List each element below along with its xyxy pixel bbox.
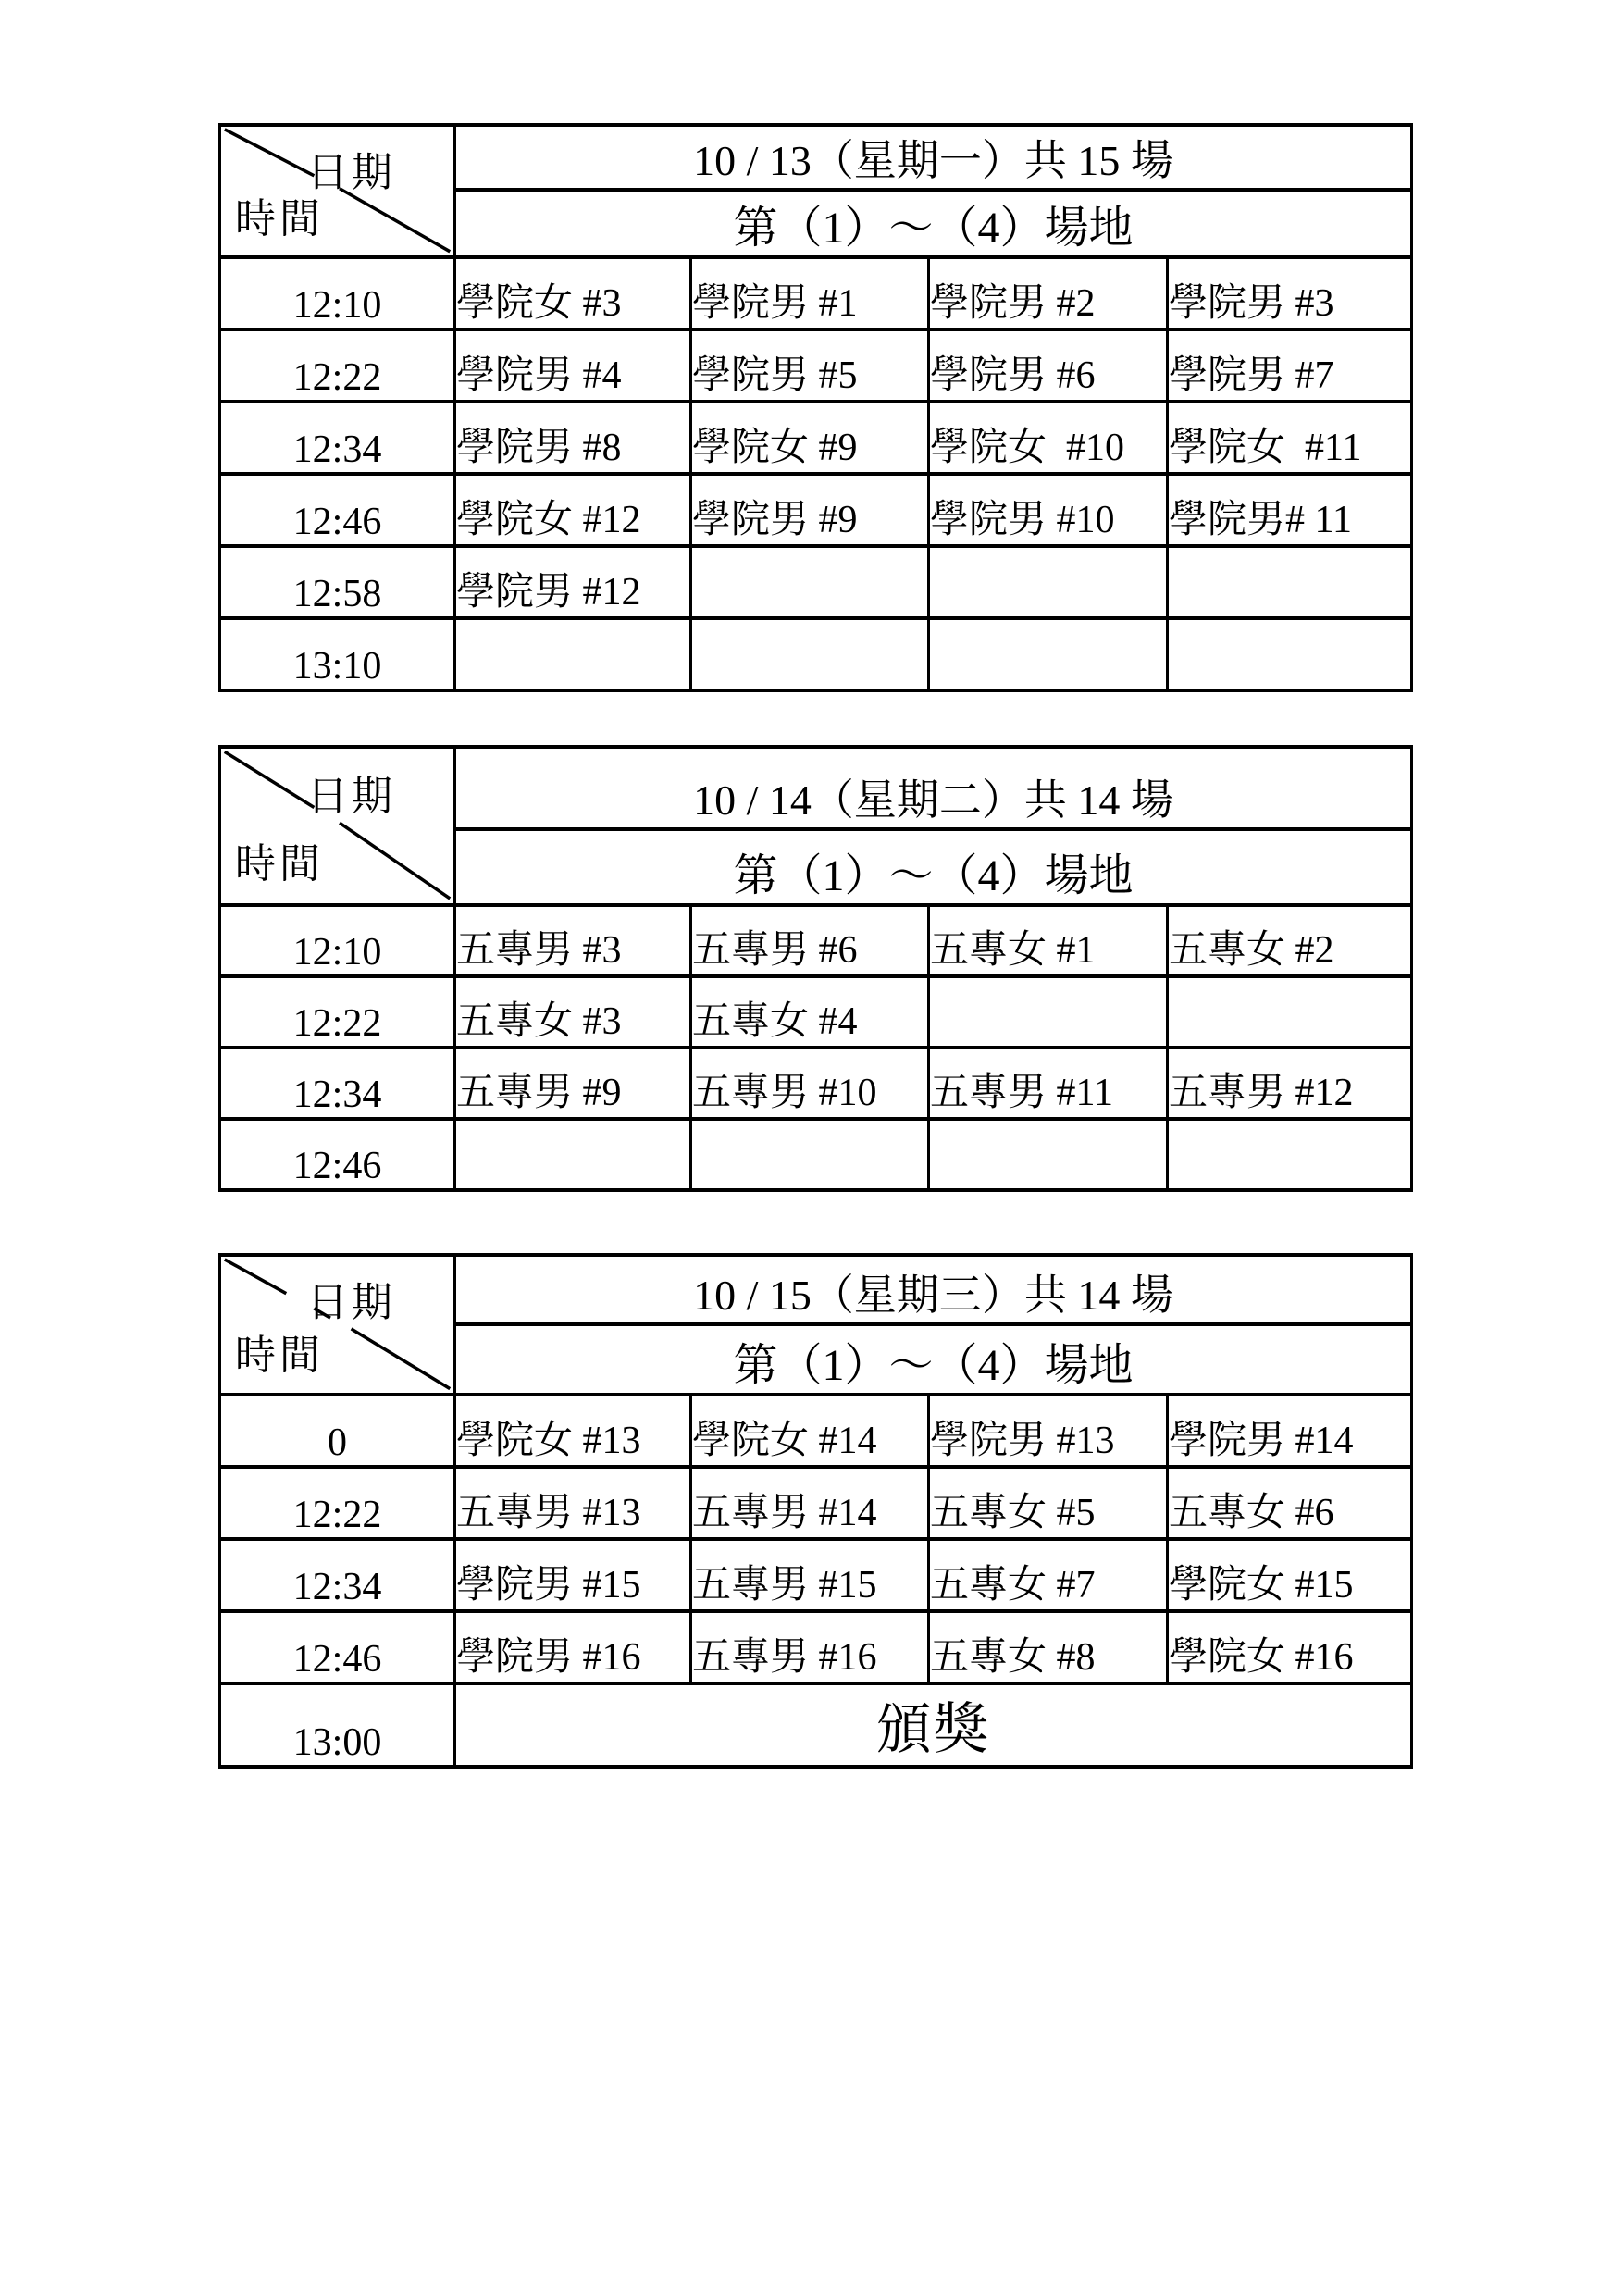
match-cell [1168,976,1412,1048]
match-cell [691,618,929,690]
date-header: 10 / 14（星期二）共 14 場 [455,747,1412,829]
schedule-table-day3: 日期 時間 10 / 15（星期三）共 14 場 第（1）～（4）場地 0 學院… [218,1253,1413,1769]
schedule-table-day2: 日期 時間 10 / 14（星期二）共 14 場 第（1）～（4）場地 12:1… [218,745,1413,1192]
match-cell: 五專女 #3 [455,976,691,1048]
match-cell: 學院男 #8 [455,402,691,474]
header-row-date: 日期 時間 10 / 13（星期一）共 15 場 [220,125,1412,190]
match-cell [1168,546,1412,618]
match-cell: 五專男 #6 [691,905,929,976]
match-cell [929,976,1168,1048]
date-header: 10 / 15（星期三）共 14 場 [455,1255,1412,1324]
table-row: 12:22 五專女 #3 五專女 #4 [220,976,1412,1048]
award-cell: 頒獎 [455,1683,1412,1767]
match-cell [455,1119,691,1190]
time-cell: 13:00 [220,1683,455,1767]
match-cell: 學院男 #16 [455,1611,691,1683]
time-cell: 12:46 [220,1119,455,1190]
match-cell: 學院女 #9 [691,402,929,474]
match-cell: 五專男 #9 [455,1048,691,1119]
match-cell: 學院女 #15 [1168,1539,1412,1611]
table-row: 12:46 學院男 #16 五專男 #16 五專女 #8 學院女 #16 [220,1611,1412,1683]
match-cell: 學院男 #1 [691,257,929,329]
match-cell: 學院男 #13 [929,1395,1168,1467]
table-row: 12:10 學院女 #3 學院男 #1 學院男 #2 學院男 #3 [220,257,1412,329]
match-cell: 學院女 #14 [691,1395,929,1467]
match-cell: 學院男 #12 [455,546,691,618]
match-cell: 五專男 #15 [691,1539,929,1611]
table-row: 12:22 五專男 #13 五專男 #14 五專女 #5 五專女 #6 [220,1467,1412,1539]
match-cell: 學院男 #10 [929,474,1168,546]
match-cell: 五專男 #13 [455,1467,691,1539]
table-row: 12:34 五專男 #9 五專男 #10 五專男 #11 五專男 #12 [220,1048,1412,1119]
match-cell: 五專男 #10 [691,1048,929,1119]
header-row-date: 日期 時間 10 / 15（星期三）共 14 場 [220,1255,1412,1324]
match-cell: 五專女 #8 [929,1611,1168,1683]
match-cell: 學院男 #6 [929,329,1168,402]
match-cell: 學院男 #9 [691,474,929,546]
corner-time-label: 時間 [235,1322,324,1381]
table-row: 0 學院女 #13 學院女 #14 學院男 #13 學院男 #14 [220,1395,1412,1467]
table-row: 12:34 學院男 #8 學院女 #9 學院女 #10 學院女 #11 [220,402,1412,474]
match-cell [1168,618,1412,690]
time-cell: 13:10 [220,618,455,690]
match-cell [929,618,1168,690]
match-cell [691,546,929,618]
table-row: 12:34 學院男 #15 五專男 #15 五專女 #7 學院女 #15 [220,1539,1412,1611]
match-cell: 五專女 #2 [1168,905,1412,976]
match-cell: 學院女 #3 [455,257,691,329]
match-cell: 五專男 #16 [691,1611,929,1683]
match-cell: 學院男 #4 [455,329,691,402]
table-row: 12:10 五專男 #3 五專男 #6 五專女 #1 五專女 #2 [220,905,1412,976]
time-cell: 12:46 [220,474,455,546]
corner-date-label: 日期 [307,1269,396,1328]
match-cell: 學院女 #13 [455,1395,691,1467]
match-cell: 五專男 #12 [1168,1048,1412,1119]
match-cell [455,618,691,690]
match-cell: 五專男 #11 [929,1048,1168,1119]
corner-date-label: 日期 [307,763,396,822]
match-cell: 學院女 #10 [929,402,1168,474]
match-cell: 學院女 #12 [455,474,691,546]
venue-header: 第（1）～（4）場地 [455,829,1412,905]
date-header: 10 / 13（星期一）共 15 場 [455,125,1412,190]
time-cell: 12:46 [220,1611,455,1683]
match-cell: 學院男 #14 [1168,1395,1412,1467]
match-cell: 學院男 #7 [1168,329,1412,402]
corner-header-cell: 日期 時間 [220,1255,455,1395]
corner-time-label: 時間 [235,185,324,244]
match-cell: 五專女 #4 [691,976,929,1048]
match-cell [1168,1119,1412,1190]
time-cell: 12:34 [220,402,455,474]
corner-header-cell: 日期 時間 [220,125,455,257]
match-cell: 學院男# 11 [1168,474,1412,546]
schedule-table-day1: 日期 時間 10 / 13（星期一）共 15 場 第（1）～（4）場地 12:1… [218,123,1413,692]
time-cell: 0 [220,1395,455,1467]
venue-header: 第（1）～（4）場地 [455,1324,1412,1395]
table-row: 13:10 [220,618,1412,690]
table-row: 12:46 學院女 #12 學院男 #9 學院男 #10 學院男# 11 [220,474,1412,546]
match-cell: 學院女 #11 [1168,402,1412,474]
header-row-date: 日期 時間 10 / 14（星期二）共 14 場 [220,747,1412,829]
match-cell: 學院男 #3 [1168,257,1412,329]
time-cell: 12:10 [220,905,455,976]
award-row: 13:00 頒獎 [220,1683,1412,1767]
time-cell: 12:58 [220,546,455,618]
match-cell [929,546,1168,618]
time-cell: 12:34 [220,1048,455,1119]
corner-header-cell: 日期 時間 [220,747,455,905]
match-cell [691,1119,929,1190]
match-cell: 五專男 #3 [455,905,691,976]
match-cell: 五專女 #5 [929,1467,1168,1539]
match-cell: 學院男 #5 [691,329,929,402]
time-cell: 12:10 [220,257,455,329]
table-row: 12:22 學院男 #4 學院男 #5 學院男 #6 學院男 #7 [220,329,1412,402]
match-cell: 五專女 #7 [929,1539,1168,1611]
match-cell: 學院男 #15 [455,1539,691,1611]
match-cell: 學院男 #2 [929,257,1168,329]
match-cell: 五專女 #1 [929,905,1168,976]
time-cell: 12:22 [220,1467,455,1539]
match-cell: 五專男 #14 [691,1467,929,1539]
table-row: 12:58 學院男 #12 [220,546,1412,618]
venue-header: 第（1）～（4）場地 [455,190,1412,257]
time-cell: 12:22 [220,329,455,402]
table-row: 12:46 [220,1119,1412,1190]
match-cell: 五專女 #6 [1168,1467,1412,1539]
time-cell: 12:22 [220,976,455,1048]
match-cell: 學院女 #16 [1168,1611,1412,1683]
time-cell: 12:34 [220,1539,455,1611]
corner-time-label: 時間 [235,830,324,889]
match-cell [929,1119,1168,1190]
